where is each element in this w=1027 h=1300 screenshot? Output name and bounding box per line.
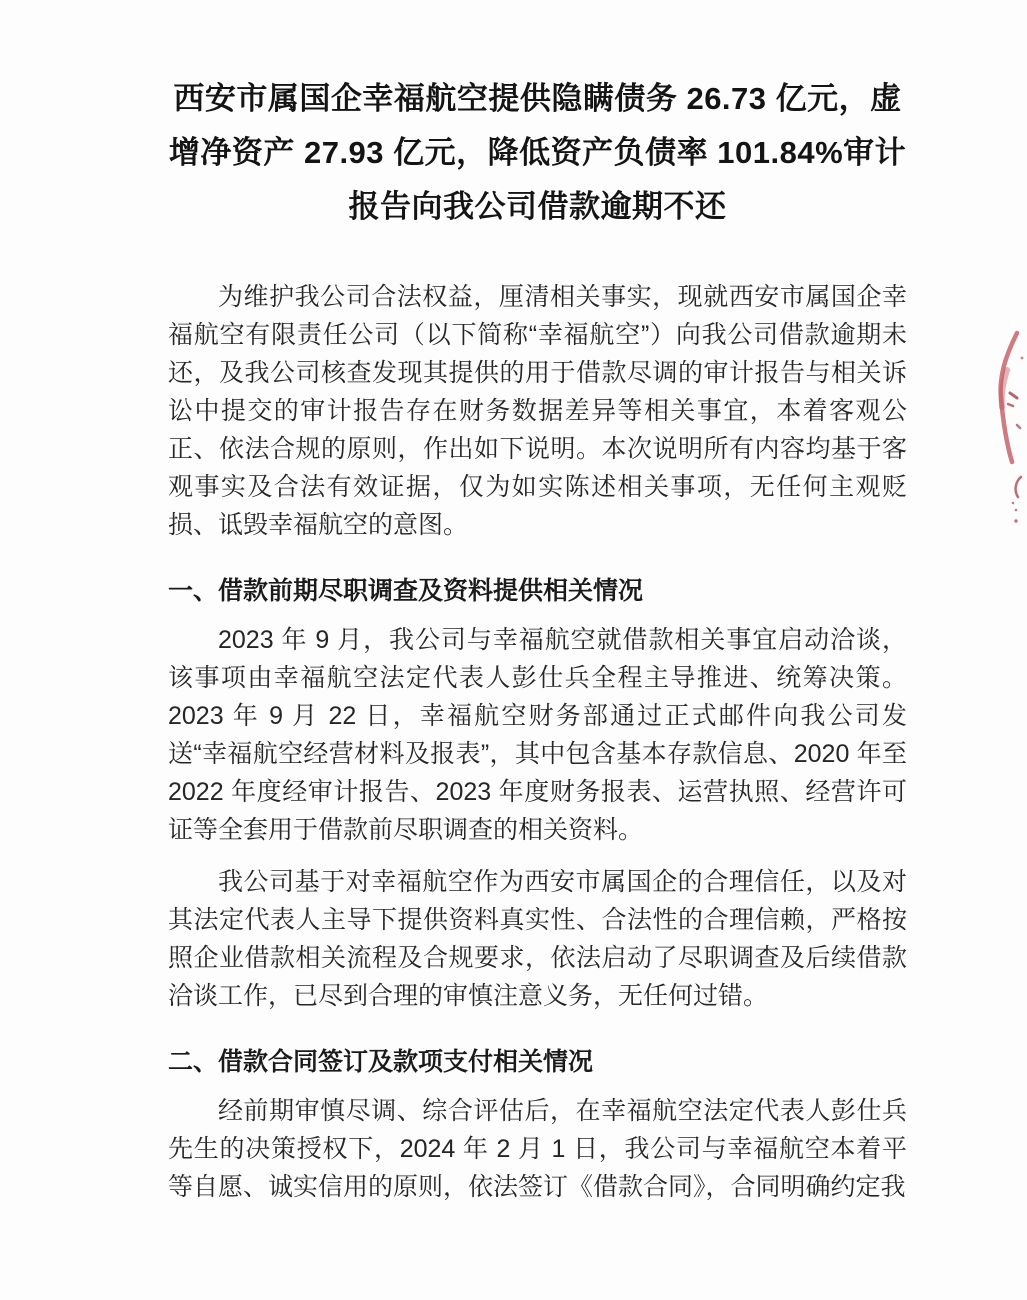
page-title: 西安市属国企幸福航空提供隐瞒债务 26.73 亿元，虚增净资产 27.93 亿元… bbox=[168, 72, 907, 234]
section2-paragraph-1: 经前期审慎尽调、综合评估后，在幸福航空法定代表人彭仕兵先生的决策授权下，2024… bbox=[168, 1092, 907, 1206]
intro-paragraph: 为维护我公司合法权益，厘清相关事实，现就西安市属国企幸福航空有限责任公司（以下简… bbox=[168, 278, 907, 544]
section1-paragraph-2: 我公司基于对幸福航空作为西安市属国企的合理信任，以及对其法定代表人主导下提供资料… bbox=[168, 863, 907, 1015]
section1-paragraph-1: 2023 年 9 月，我公司与幸福航空就借款相关事宜启动洽谈，该事项由幸福航空法… bbox=[168, 621, 907, 849]
document-page: 西安市属国企幸福航空提供隐瞒债务 26.73 亿元，虚增净资产 27.93 亿元… bbox=[0, 0, 1027, 1300]
section-heading-2: 二、借款合同签订及款项支付相关情况 bbox=[168, 1043, 907, 1081]
section-heading-1: 一、借款前期尽职调查及资料提供相关情况 bbox=[168, 572, 907, 610]
red-ink-stamp-mark bbox=[985, 325, 1027, 535]
